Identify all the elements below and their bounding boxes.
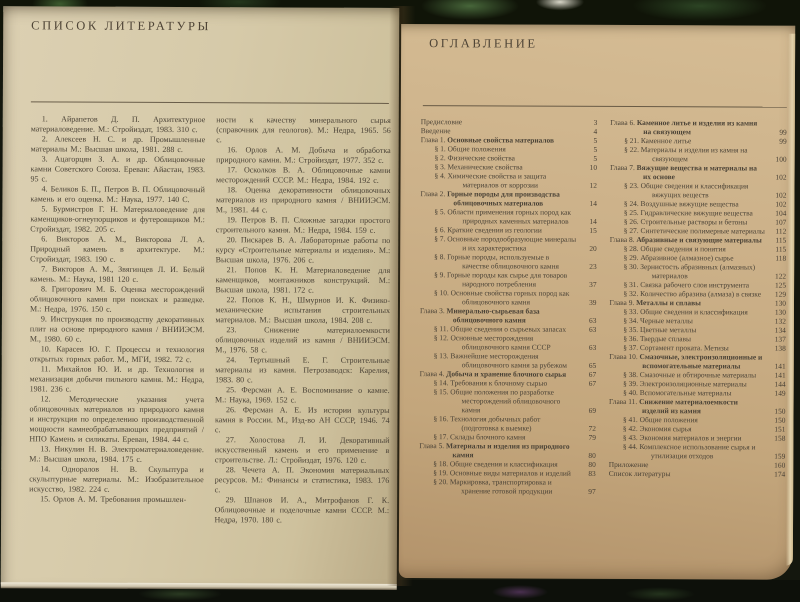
bibliography-entry: 17. Осколков В. А. Облицовочные камни ме… bbox=[216, 165, 391, 186]
toc-entry-page: 97 bbox=[576, 487, 596, 496]
toc-entry-number: § 28. bbox=[624, 244, 641, 253]
toc-entry-title: Твердые сплавы bbox=[640, 334, 691, 343]
bibliography-column-2: ности к качеству минерального сырья (спр… bbox=[214, 115, 390, 574]
toc-entry-title: Горные породы, используемые в качестве о… bbox=[447, 252, 559, 270]
toc-entry-page: 23 bbox=[577, 262, 597, 271]
toc-entry-number: Глава 7. bbox=[610, 163, 637, 172]
toc-entry-page: 141 bbox=[766, 371, 786, 380]
toc-entry-number: § 14. bbox=[434, 378, 451, 387]
toc-entry-number: § 38. bbox=[623, 370, 640, 379]
toc-entry-title: Строительные растворы и бетоны bbox=[640, 217, 747, 226]
toc-entry-page: 137 bbox=[766, 335, 786, 344]
toc-entry-number: § 11. bbox=[434, 324, 450, 333]
toc-entry-number: Глава 10. bbox=[609, 352, 639, 361]
toc-entry-label: § 7. Основные породообразующие минералы … bbox=[420, 234, 577, 253]
toc-entry-number: § 39. bbox=[623, 379, 640, 388]
toc-entry-title: Горные породы для производства облицовоч… bbox=[447, 189, 560, 207]
toc-entry-title: Снижение материалоемкости изделий из кам… bbox=[639, 397, 738, 415]
right-page-fore-edge bbox=[786, 34, 795, 566]
toc-entry-title: Связка рабочего слоя инструмента bbox=[640, 280, 749, 289]
toc-entry-page: 151 bbox=[765, 425, 785, 434]
toc-entry-page: 79 bbox=[576, 433, 596, 442]
toc-entry-label: Глава 7. Вяжущие вещества и материалы на… bbox=[610, 163, 767, 182]
toc-entry-page: 99 bbox=[767, 137, 787, 146]
bibliography-entry: 20. Пискарев В. А. Лабораторные работы п… bbox=[216, 235, 391, 266]
toc-entry-page: 122 bbox=[766, 272, 786, 281]
toc-entry-number: § 9. bbox=[434, 270, 447, 279]
toc-entry-number: Глава 4. bbox=[420, 369, 447, 378]
toc-entry-page: 149 bbox=[766, 389, 786, 398]
bibliography-entry: 25. Ферсман А. Е. Воспоминание о камне. … bbox=[215, 385, 390, 406]
toc-entry-title: Электроизоляционные материалы bbox=[640, 379, 747, 388]
toc-entry-title: Физические свойства bbox=[448, 153, 515, 162]
toc-entry-page: 129 bbox=[766, 290, 786, 299]
toc-entry-title: Гидравлические вяжущие вещества bbox=[641, 208, 753, 217]
toc-row: § 12. Основные месторождения облицовочно… bbox=[420, 333, 597, 352]
toc-entry-page: 3 bbox=[577, 118, 597, 127]
toc-entry-number: § 42. bbox=[623, 424, 640, 433]
toc-entry-page: 15 bbox=[577, 226, 597, 235]
toc-entry-title: Склады блочного камня bbox=[450, 432, 525, 441]
toc-entry-number: Глава 6. bbox=[610, 118, 637, 127]
left-page-title: СПИСОК ЛИТЕРАТУРЫ bbox=[31, 18, 211, 34]
bibliography-entry: 3. Ацагорцян З. А. и др. Облицовочные ка… bbox=[31, 154, 206, 185]
toc-entry-page: 14 bbox=[577, 217, 597, 226]
toc-entry-label: § 23. Общие сведения и классификация вяж… bbox=[610, 181, 767, 200]
bibliography-entry: 18. Оценка декоративности облицовочных м… bbox=[216, 185, 391, 216]
toc-entry-number: § 24. bbox=[624, 199, 641, 208]
toc-entry-page: 150 bbox=[766, 407, 786, 416]
toc-entry-label: § 13. Важнейшие месторождения облицовочн… bbox=[420, 351, 577, 370]
bibliography-columns: 1. Айрапетов Д. П. Архитектурное материа… bbox=[29, 114, 391, 574]
toc-entry-page: 115 bbox=[766, 236, 786, 245]
toc-entry-number: § 33. bbox=[623, 307, 640, 316]
toc-entry-title: Общие сведения и понятия bbox=[640, 244, 725, 253]
toc-entry-page: 5 bbox=[577, 136, 597, 145]
toc-entry-label: § 9. Горные породы как сырье для товаров… bbox=[420, 270, 577, 289]
bibliography-entry: 15. Орлов А. М. Требования промышлен- bbox=[29, 494, 204, 505]
toc-entry-title: Механические свойства bbox=[448, 162, 523, 171]
toc-entry-page: 83 bbox=[576, 469, 596, 478]
right-page-rule bbox=[423, 105, 787, 108]
bibliography-entry: 14. Одноралов Н. В. Скульптура и скульпт… bbox=[29, 464, 204, 495]
toc-entry-page: 63 bbox=[576, 325, 596, 334]
bibliography-entry: 26. Ферсман А. Е. Из истории культуры ка… bbox=[215, 405, 390, 436]
toc-entry-page: 141 bbox=[766, 362, 786, 371]
toc-entry-page: 115 bbox=[766, 245, 786, 254]
open-book: СПИСОК ЛИТЕРАТУРЫ 1. Айрапетов Д. П. Арх… bbox=[0, 0, 800, 602]
toc-entry-number: § 10. bbox=[434, 288, 451, 297]
bibliography-entry: 4. Беликов Б. П., Петров В. П. Облицовоч… bbox=[30, 184, 205, 205]
toc-entry-title: Горные породы как сырье для товаров наро… bbox=[447, 270, 567, 288]
toc-row: § 30. Зернистость абразивных (алмазных) … bbox=[610, 262, 787, 281]
toc-entry-title: Общие положения bbox=[640, 415, 698, 424]
toc-entry-title: Общие сведения и классификация вяжущих в… bbox=[641, 181, 749, 199]
toc-entry-number: § 20. bbox=[433, 477, 450, 486]
toc-entry-label: Глава 3. Минерально-сырьевая база облицо… bbox=[420, 306, 577, 325]
toc-row: § 8. Горные породы, используемые в качес… bbox=[420, 252, 597, 271]
toc-entry-number: § 17. bbox=[433, 432, 450, 441]
toc-entry-label: Глава 6. Каменное литье и изделия из кам… bbox=[610, 118, 767, 137]
toc-entry-page: 72 bbox=[576, 424, 596, 433]
toc-entry-title: Важнейшие месторождения облицовочного ка… bbox=[450, 351, 567, 370]
toc-entry-page: 80 bbox=[576, 451, 596, 460]
toc-entry-number: Глава 9. bbox=[609, 298, 636, 307]
toc-entry-label: § 10. Основные свойства горных пород как… bbox=[420, 288, 577, 307]
toc-entry-title: Предисловие bbox=[421, 117, 462, 126]
toc-entry-number: § 2. bbox=[435, 153, 448, 162]
toc-entry-title: Черные металлы bbox=[640, 316, 693, 325]
toc-entry-number: § 44. bbox=[623, 442, 640, 451]
toc-entry-label: § 22. Материалы и изделия из камня на св… bbox=[610, 145, 767, 164]
toc-entry-title: Воздушные вяжущие вещества bbox=[641, 199, 739, 208]
toc-columns: Предисловие3Введение4Глава 1. Основные с… bbox=[419, 117, 787, 572]
toc-entry-title: Материалы и изделия из камня на связующе… bbox=[641, 145, 748, 163]
toc-entry-number: § 1. bbox=[435, 144, 448, 153]
toc-row: Глава 10. Смазочные, электроизоляционные… bbox=[609, 352, 786, 371]
toc-entry-page: 99 bbox=[767, 128, 787, 137]
toc-entry-label: Список литературы bbox=[609, 469, 766, 479]
toc-entry-label: § 4. Химические свойства и защита матери… bbox=[420, 171, 577, 190]
toc-entry-title: Общие сведения и классификация bbox=[450, 459, 558, 468]
toc-entry-label: Глава 11. Снижение материалоемкости изде… bbox=[609, 397, 766, 416]
toc-entry-number: § 7. bbox=[434, 234, 447, 243]
bibliography-entry: 21. Попов К. Н. Материаловедение для кам… bbox=[216, 265, 391, 296]
toc-entry-number: § 19. bbox=[433, 468, 450, 477]
toc-entry-page: 14 bbox=[577, 199, 597, 208]
toc-entry-number: § 5. bbox=[434, 207, 447, 216]
toc-entry-page: 80 bbox=[576, 460, 596, 469]
toc-row: § 16. Технология добычных работ (подгото… bbox=[419, 414, 596, 433]
toc-entry-page: 150 bbox=[765, 416, 785, 425]
toc-entry-page: 67 bbox=[576, 370, 596, 379]
toc-entry-title: Каменное литье и изделия из камня на свя… bbox=[637, 118, 757, 136]
toc-entry-page: 138 bbox=[766, 344, 786, 353]
toc-entry-title: Металлы и сплавы bbox=[636, 298, 701, 307]
toc-entry-page: 130 bbox=[766, 308, 786, 317]
toc-entry-page: 12 bbox=[577, 181, 597, 190]
toc-entry-page: 144 bbox=[766, 380, 786, 389]
toc-row: Глава 7. Вяжущие вещества и материалы на… bbox=[610, 163, 787, 182]
toc-row: Глава 5. Материалы и изделия из природно… bbox=[419, 441, 596, 460]
toc-entry-title: Основные месторождения облицовочного кам… bbox=[450, 333, 550, 351]
bibliography-entry: ности к качеству минерального сырья (спр… bbox=[216, 115, 391, 146]
toc-column-1: Предисловие3Введение4Глава 1. Основные с… bbox=[419, 117, 597, 571]
bibliography-entry: 5. Бурмистров Г. Н. Материаловедение для… bbox=[30, 204, 205, 235]
toc-entry-title: Вспомогательные материалы bbox=[640, 388, 732, 397]
toc-entry-number: Глава 8. bbox=[610, 235, 637, 244]
bibliography-entry: 23. Снижение материалоемкости облицовочн… bbox=[215, 325, 390, 356]
bibliography-entry: 24. Тертышный Е. Г. Строительные материа… bbox=[215, 355, 390, 386]
bibliography-entry: 9. Инструкция по производству декоративн… bbox=[30, 314, 205, 345]
toc-entry-number: Глава 5. bbox=[419, 441, 446, 450]
toc-entry-label: § 30. Зернистость абразивных (алмазных) … bbox=[610, 262, 767, 281]
toc-entry-label: § 12. Основные месторождения облицовочно… bbox=[420, 333, 577, 352]
toc-entry-number: § 34. bbox=[623, 316, 640, 325]
toc-entry-page: 69 bbox=[576, 406, 596, 415]
toc-entry-page: 20 bbox=[577, 244, 597, 253]
toc-entry-page: 160 bbox=[765, 461, 785, 470]
toc-entry-title: Общие положения bbox=[448, 144, 506, 153]
toc-row: § 5. Области применения горных пород как… bbox=[420, 207, 597, 226]
bibliography-entry: 28. Чечета А. П. Экономия материальных р… bbox=[215, 465, 390, 496]
bibliography-entry: 19. Петров В. П. Сложные загадки простог… bbox=[216, 215, 391, 236]
toc-row: § 23. Общие сведения и классификация вяж… bbox=[610, 181, 787, 200]
toc-entry-label: Глава 2. Горные породы для производства … bbox=[420, 189, 577, 208]
toc-entry-page: 118 bbox=[766, 254, 786, 263]
toc-entry-title: Технология добычных работ (подготовка к … bbox=[450, 414, 540, 432]
toc-entry-title: Основные породообразующие минералы и их … bbox=[447, 234, 576, 252]
toc-entry-page: 130 bbox=[766, 299, 786, 308]
toc-entry-page: 37 bbox=[577, 280, 597, 289]
toc-entry-title: Введение bbox=[421, 126, 451, 135]
toc-entry-label: § 8. Горные породы, используемые в качес… bbox=[420, 252, 577, 271]
toc-entry-number: § 12. bbox=[434, 333, 451, 342]
toc-entry-title: Минерально-сырьевая база облицовочного к… bbox=[447, 306, 540, 324]
toc-entry-title: Экономия материалов и энергии bbox=[640, 433, 742, 442]
toc-row: Глава 3. Минерально-сырьевая база облицо… bbox=[420, 306, 597, 325]
left-page-rule bbox=[31, 101, 389, 104]
toc-entry-title: Сортамент проката. Метизы bbox=[640, 343, 729, 352]
toc-entry-page: 10 bbox=[577, 163, 597, 172]
toc-row: § 7. Основные породообразующие минералы … bbox=[420, 234, 597, 253]
bibliography-entry: 7. Викторов А. М., Звягинцев Л. И. Белый… bbox=[30, 264, 205, 285]
bibliography-column-1: 1. Айрапетов Д. П. Архитектурное материа… bbox=[29, 114, 205, 573]
toc-entry-title: Цветные металлы bbox=[640, 325, 696, 334]
toc-entry-number: § 21. bbox=[624, 136, 641, 145]
toc-entry-title: Материалы и изделия из природного камня bbox=[446, 441, 570, 459]
toc-entry-page: 100 bbox=[767, 155, 787, 164]
toc-entry-page: 159 bbox=[765, 452, 785, 461]
toc-entry-title: Общие сведения и классификация bbox=[640, 307, 748, 316]
toc-row: § 44. Комплексное использование сырья и … bbox=[609, 442, 786, 461]
toc-entry-title: Зернистость абразивных (алмазных) матери… bbox=[640, 262, 755, 280]
bibliography-entry: 8. Григорович М. Б. Оценка месторождений… bbox=[30, 284, 205, 315]
toc-entry-page: 107 bbox=[766, 218, 786, 227]
toc-entry-title: Краткие сведения из геологии bbox=[447, 225, 542, 234]
bibliography-entry: 12. Методические указания учета облицово… bbox=[29, 394, 204, 445]
toc-entry-number: § 18. bbox=[433, 459, 450, 468]
toc-row: § 9. Горные породы как сырье для товаров… bbox=[420, 270, 597, 289]
toc-entry-page: 5 bbox=[577, 145, 597, 154]
bibliography-entry: 10. Карасев Ю. Г. Процессы и технология … bbox=[30, 344, 205, 365]
toc-entry-label: Глава 10. Смазочные, электроизоляционные… bbox=[609, 352, 766, 371]
toc-entry-title: Абразивное (алмазное) сырье bbox=[640, 253, 733, 262]
toc-entry-page: 4 bbox=[577, 127, 597, 136]
toc-entry-page: 174 bbox=[765, 470, 785, 479]
toc-row: Глава 6. Каменное литье и изделия из кам… bbox=[610, 118, 787, 137]
toc-row: § 10. Основные свойства горных пород как… bbox=[420, 288, 597, 307]
toc-entry-number: Глава 1. bbox=[421, 135, 448, 144]
toc-entry-number: Глава 3. bbox=[420, 306, 447, 315]
right-page: ОГЛАВЛЕНИЕ Предисловие3Введение4Глава 1.… bbox=[399, 24, 795, 580]
toc-row: § 4. Химические свойства и защита матери… bbox=[420, 171, 597, 190]
toc-entry-page: 67 bbox=[576, 379, 596, 388]
toc-entry-label: § 20. Маркировка, транспортировка и хран… bbox=[419, 477, 576, 496]
toc-entry-number: § 26. bbox=[624, 217, 641, 226]
toc-entry-page: 134 bbox=[766, 326, 786, 335]
toc-entry-number: § 37. bbox=[623, 343, 640, 352]
toc-row: § 22. Материалы и изделия из камня на св… bbox=[610, 145, 787, 164]
toc-entry-number: § 35. bbox=[623, 325, 640, 334]
toc-entry-number: § 4. bbox=[435, 171, 448, 180]
toc-entry-number: § 41. bbox=[623, 415, 640, 424]
toc-entry-number: § 31. bbox=[624, 280, 641, 289]
toc-entry-title: Маркировка, транспортировка и хранение г… bbox=[450, 477, 553, 495]
toc-entry-page: 102 bbox=[767, 173, 787, 182]
toc-entry-number: § 27. bbox=[624, 226, 641, 235]
toc-entry-title: Смазочные, электроизоляционные и вспомог… bbox=[640, 352, 763, 370]
toc-entry-page: 102 bbox=[766, 191, 786, 200]
toc-entry-title: Химические свойства и защита материалов … bbox=[447, 171, 546, 189]
bibliography-entry: 22. Попов К. Н., Шмурнов И. К. Физико-ме… bbox=[215, 295, 390, 326]
toc-entry-number: § 43. bbox=[623, 433, 640, 442]
bibliography-entry: 1. Айрапетов Д. П. Архитектурное материа… bbox=[31, 114, 206, 135]
toc-row: § 15. Общие положения по разработке мест… bbox=[420, 387, 597, 415]
toc-entry-number: § 6. bbox=[434, 225, 447, 234]
toc-entry-title: Области применения горных пород как прир… bbox=[447, 207, 571, 226]
toc-entry-label: § 15. Общие положения по разработке мест… bbox=[420, 387, 577, 415]
toc-entry-title: Требования к блочному сырью bbox=[450, 378, 547, 387]
toc-entry-label: § 5. Области применения горных пород как… bbox=[420, 207, 577, 226]
toc-entry-title: Каменное литье bbox=[641, 136, 691, 145]
toc-entry-title: Список литературы bbox=[609, 469, 671, 478]
toc-entry-page: 63 bbox=[576, 343, 596, 352]
toc-entry-number: § 15. bbox=[434, 387, 451, 396]
bibliography-entry: 27. Холостова Л. И. Декоративный искусст… bbox=[215, 435, 390, 466]
toc-entry-title: Основные свойства горных пород как облиц… bbox=[451, 288, 570, 306]
bibliography-entry: 11. Михайлов Ю. И. и др. Технология и ме… bbox=[30, 364, 205, 395]
toc-entry-page: 5 bbox=[577, 154, 597, 163]
bibliography-entry: 2. Алексеев Н. С. и др. Промышленные мат… bbox=[31, 134, 206, 155]
toc-entry-number: Глава 2. bbox=[420, 189, 447, 198]
toc-row: § 13. Важнейшие месторождения облицовочн… bbox=[420, 351, 597, 370]
toc-entry-number: § 25. bbox=[624, 208, 641, 217]
toc-row: § 20. Маркировка, транспортировка и хран… bbox=[419, 477, 596, 496]
bibliography-entry: 29. Шпанов И. А., Митрофанов Г. К. Облиц… bbox=[215, 495, 390, 526]
toc-row: Глава 11. Снижение материалоемкости изде… bbox=[609, 397, 786, 416]
toc-entry-number: § 30. bbox=[624, 262, 641, 271]
toc-entry-label: § 16. Технология добычных работ (подгото… bbox=[419, 414, 576, 433]
toc-entry-page: 158 bbox=[765, 434, 785, 443]
toc-entry-number: § 36. bbox=[623, 334, 640, 343]
toc-entry-title: Общие положения по разработке месторожде… bbox=[450, 387, 560, 414]
toc-entry-page: 104 bbox=[766, 209, 786, 218]
left-page-bottom-edge bbox=[1, 582, 397, 590]
toc-entry-page: 102 bbox=[766, 200, 786, 209]
toc-entry-page: 65 bbox=[576, 361, 596, 370]
toc-entry-page: 125 bbox=[766, 281, 786, 290]
toc-entry-number: § 3. bbox=[435, 162, 448, 171]
toc-entry-number: § 8. bbox=[434, 252, 447, 261]
toc-entry-number: § 16. bbox=[433, 414, 450, 423]
toc-row: Список литературы174 bbox=[609, 469, 786, 479]
right-page-title: ОГЛАВЛЕНИЕ bbox=[429, 36, 538, 51]
toc-row: Глава 2. Горные породы для производства … bbox=[420, 189, 597, 208]
toc-entry-title: Основные свойства материалов bbox=[447, 135, 554, 144]
toc-entry-number: § 13. bbox=[434, 351, 451, 360]
toc-entry-title: Экономия сырья bbox=[640, 424, 692, 433]
toc-entry-number: § 29. bbox=[624, 253, 641, 262]
toc-entry-number: Глава 11. bbox=[609, 397, 639, 406]
toc-entry-page: 39 bbox=[576, 298, 596, 307]
bibliography-entry: 16. Орлов А. М. Добыча и обработка приро… bbox=[216, 145, 391, 166]
toc-entry-page: 112 bbox=[766, 227, 786, 236]
toc-entry-number: § 23. bbox=[624, 181, 641, 190]
toc-entry-label: Глава 5. Материалы и изделия из природно… bbox=[419, 441, 576, 460]
toc-entry-page: 132 bbox=[766, 317, 786, 326]
toc-column-2: Глава 6. Каменное литье и изделия из кам… bbox=[608, 118, 786, 572]
toc-entry-label: § 44. Комплексное использование сырья и … bbox=[609, 442, 766, 461]
left-page: СПИСОК ЛИТЕРАТУРЫ 1. Айрапетов Д. П. Арх… bbox=[1, 6, 400, 586]
bibliography-entry: 6. Викторов А. М., Викторова Л. А. Приро… bbox=[30, 234, 205, 265]
toc-entry-number: § 32. bbox=[624, 289, 641, 298]
toc-entry-number: § 22. bbox=[624, 145, 641, 154]
bibliography-entry: 13. Никулин Н. В. Электроматериаловедени… bbox=[29, 444, 204, 465]
toc-entry-page: 63 bbox=[576, 316, 596, 325]
toc-entry-number: § 40. bbox=[623, 388, 640, 397]
toc-entry-title: Комплексное использование сырья и утилиз… bbox=[639, 442, 755, 460]
toc-entry-title: Приложение bbox=[609, 460, 649, 469]
toc-entry-title: Вяжущие вещества и материалы на их основ… bbox=[637, 163, 757, 181]
